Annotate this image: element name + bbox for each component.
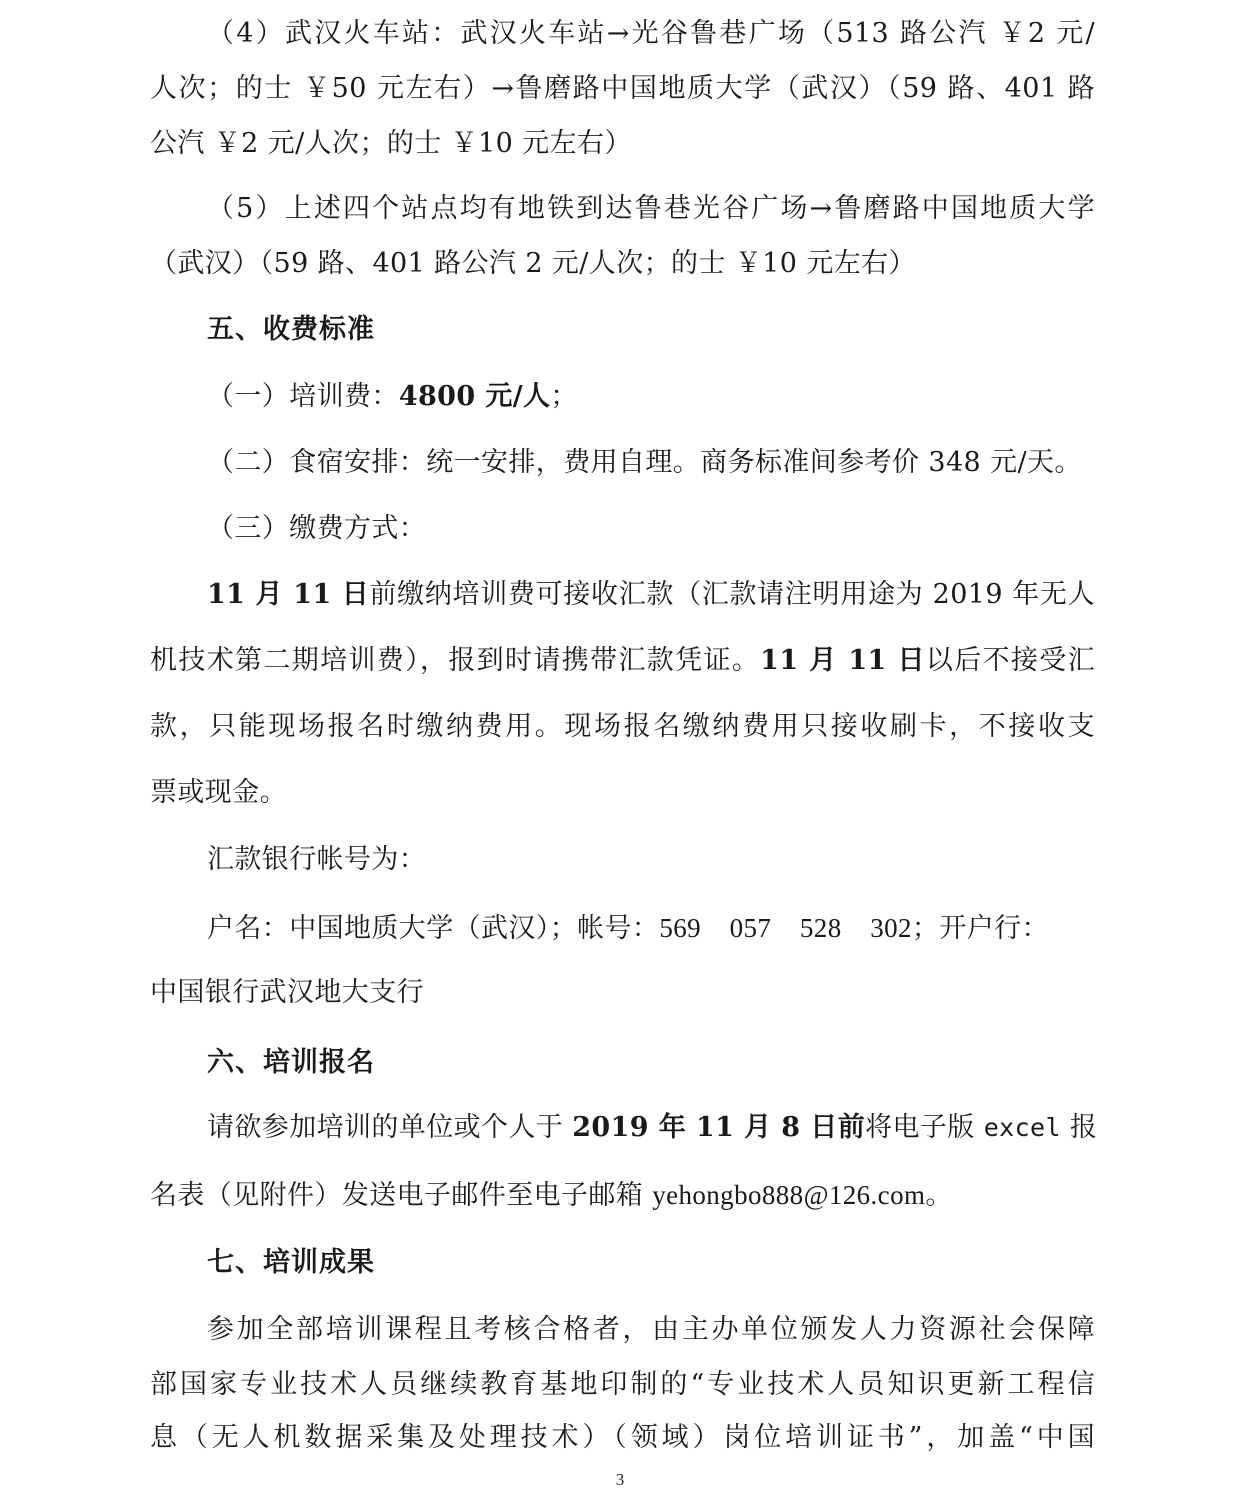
fee-item-training: （一）培训费：4800 元/人； [207, 377, 1095, 417]
registration-text-1: 请欲参加培训的单位或个人于 [207, 1112, 572, 1143]
transport-item-5-line-2: （武汉）（59 路、401 路公汽 2 元/人次；的士 ￥10 元左右） [150, 244, 1095, 284]
section-7-heading: 七、培训成果 [207, 1243, 1095, 1283]
results-line-1: 参加全部培训课程且考核合格者，由主办单位颁发人力资源社会保障 [207, 1310, 1095, 1350]
registration-text-2: 将电子版 [865, 1112, 984, 1143]
payment-paragraph-text-3: 以后不接受汇 [926, 645, 1095, 676]
transport-item-4-line-1: （4）武汉火车站：武汉火车站→光谷鲁巷广场（513 路公汽 ￥2 元/ [207, 14, 1095, 54]
registration-deadline: 2019 年 11 月 8 日前 [572, 1112, 865, 1143]
fee-item-training-label: （一）培训费： [207, 381, 399, 412]
registration-line-2: 名表（见附件）发送电子邮件至电子邮箱 yehongbo888@126.com。 [150, 1175, 1095, 1215]
payment-paragraph-text-1: 前缴纳培训费可接收汇款（汇款请注明用途为 2019 年无人 [369, 579, 1095, 610]
transport-item-4-line-2: 人次；的士 ￥50 元左右）→鲁磨路中国地质大学（武汉）（59 路、401 路 [150, 69, 1095, 109]
registration-email: yehongbo888@126.com [652, 1180, 925, 1210]
transport-item-5-line-1: （5）上述四个站点均有地铁到达鲁巷光谷广场→鲁磨路中国地质大学 [207, 189, 1095, 229]
transport-item-4-line-3: 公汽 ￥2 元/人次；的士 ￥10 元左右） [150, 124, 1095, 164]
payment-paragraph-line-1: 11 月 11 日前缴纳培训费可接收汇款（汇款请注明用途为 2019 年无人 [207, 575, 1095, 615]
registration-file-format: excel [984, 1113, 1061, 1142]
bank-name-label: ；开户行： [912, 913, 1049, 944]
training-fee-amount: 4800 元/人 [399, 381, 551, 412]
document-page: （4）武汉火车站：武汉火车站→光谷鲁巷广场（513 路公汽 ￥2 元/ 人次；的… [0, 0, 1240, 1509]
registration-text-3: 报 [1061, 1112, 1097, 1143]
registration-line-1: 请欲参加培训的单位或个人于 2019 年 11 月 8 日前将电子版 excel… [207, 1108, 1095, 1148]
fee-item-payment-method: （三）缴费方式： [207, 509, 1095, 549]
bank-account-number: 569 057 528 302 [659, 913, 912, 943]
bank-account-name: 户名：中国地质大学（武汉）；帐号： [207, 913, 659, 944]
results-line-3: 息（无人机数据采集及处理技术）（领域）岗位培训证书”，加盖“中国 [150, 1418, 1095, 1458]
payment-paragraph-text-2: 机技术第二期培训费），报到时请携带汇款凭证。 [150, 645, 760, 676]
bank-account-intro: 汇款银行帐号为： [207, 840, 1095, 880]
fee-item-training-suffix: ； [550, 381, 577, 412]
payment-cutoff-date: 11 月 11 日 [760, 645, 926, 676]
section-5-heading: 五、收费标准 [207, 310, 1095, 350]
bank-account-line-1: 户名：中国地质大学（武汉）；帐号：569 057 528 302；开户行： [207, 908, 1095, 948]
payment-paragraph-line-3: 款，只能现场报名时缴纳费用。现场报名缴纳费用只接收刷卡，不接收支 [150, 707, 1095, 747]
payment-paragraph-line-2: 机技术第二期培训费），报到时请携带汇款凭证。11 月 11 日以后不接受汇 [150, 641, 1095, 681]
fee-item-accommodation: （二）食宿安排：统一安排，费用自理。商务标准间参考价 348 元/天。 [207, 443, 1095, 483]
registration-text-5: 。 [925, 1180, 952, 1211]
bank-name: 中国银行武汉地大支行 [150, 973, 1095, 1013]
payment-paragraph-line-4: 票或现金。 [150, 773, 1095, 813]
payment-deadline-date: 11 月 11 日 [207, 579, 369, 610]
section-6-heading: 六、培训报名 [207, 1043, 1095, 1083]
page-number: 3 [0, 1470, 1240, 1490]
registration-text-4: 名表（见附件）发送电子邮件至电子邮箱 [150, 1180, 652, 1211]
results-line-2: 部国家专业技术人员继续教育基地印制的“专业技术人员知识更新工程信 [150, 1365, 1095, 1405]
